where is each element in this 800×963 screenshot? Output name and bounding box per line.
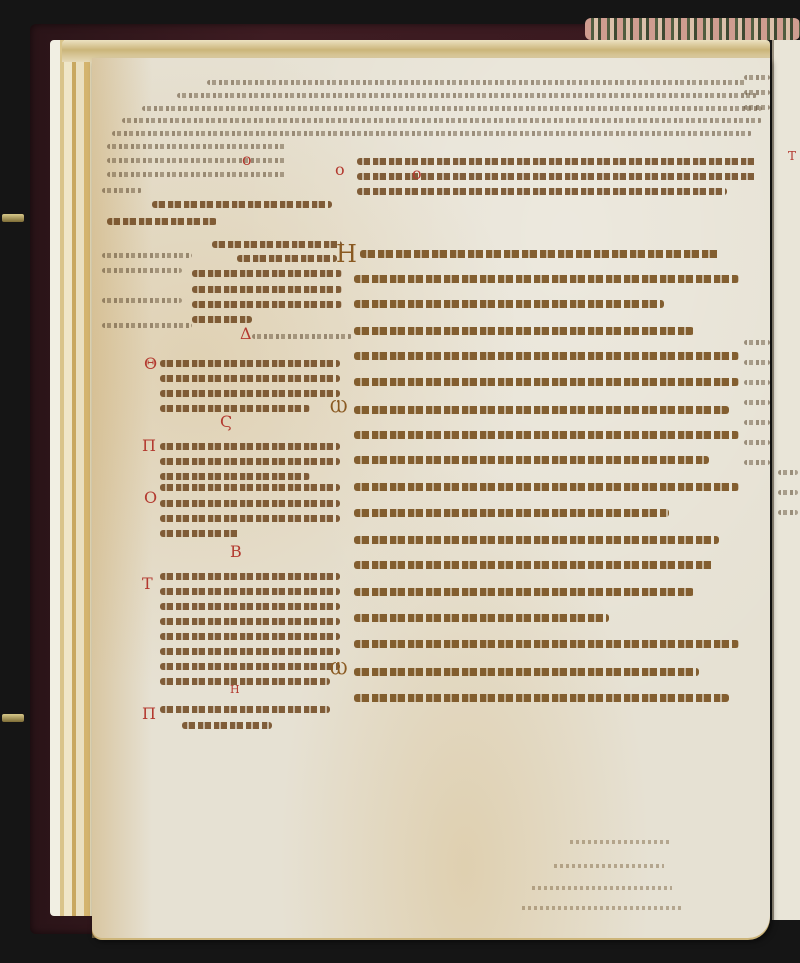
rubric-delta: Δ: [240, 326, 252, 342]
rubric-omicron: ο: [335, 162, 345, 178]
rubric-beta: Β: [230, 544, 242, 560]
facing-page: [772, 40, 800, 920]
rubric-pi: Π: [142, 438, 156, 454]
manuscript-photo: ο ο ο Δ Θ Ϛ Π: [0, 0, 800, 963]
line-marker: Ⲱ: [330, 660, 347, 678]
rubric-stigma: Ϛ: [220, 414, 232, 430]
decorated-initial: Η: [336, 242, 357, 266]
binding-clasp-lower: [2, 714, 24, 722]
rubric-omicron: Ο: [144, 490, 157, 506]
rubric-omicron: ο: [412, 166, 422, 182]
rubric-eta: Η: [230, 684, 240, 695]
line-marker: Ⲱ: [330, 398, 347, 416]
binding-clasp-upper: [2, 214, 24, 222]
rubric-theta: Θ: [144, 356, 157, 372]
embroidered-headband: [585, 18, 800, 40]
facing-rubric: Τ: [788, 150, 796, 162]
rubric-pi: Π: [142, 706, 156, 722]
parchment-page: ο ο ο Δ Θ Ϛ Π: [92, 58, 770, 938]
rubric-tau: Τ: [142, 576, 153, 592]
rubric-omicron: ο: [242, 152, 252, 168]
